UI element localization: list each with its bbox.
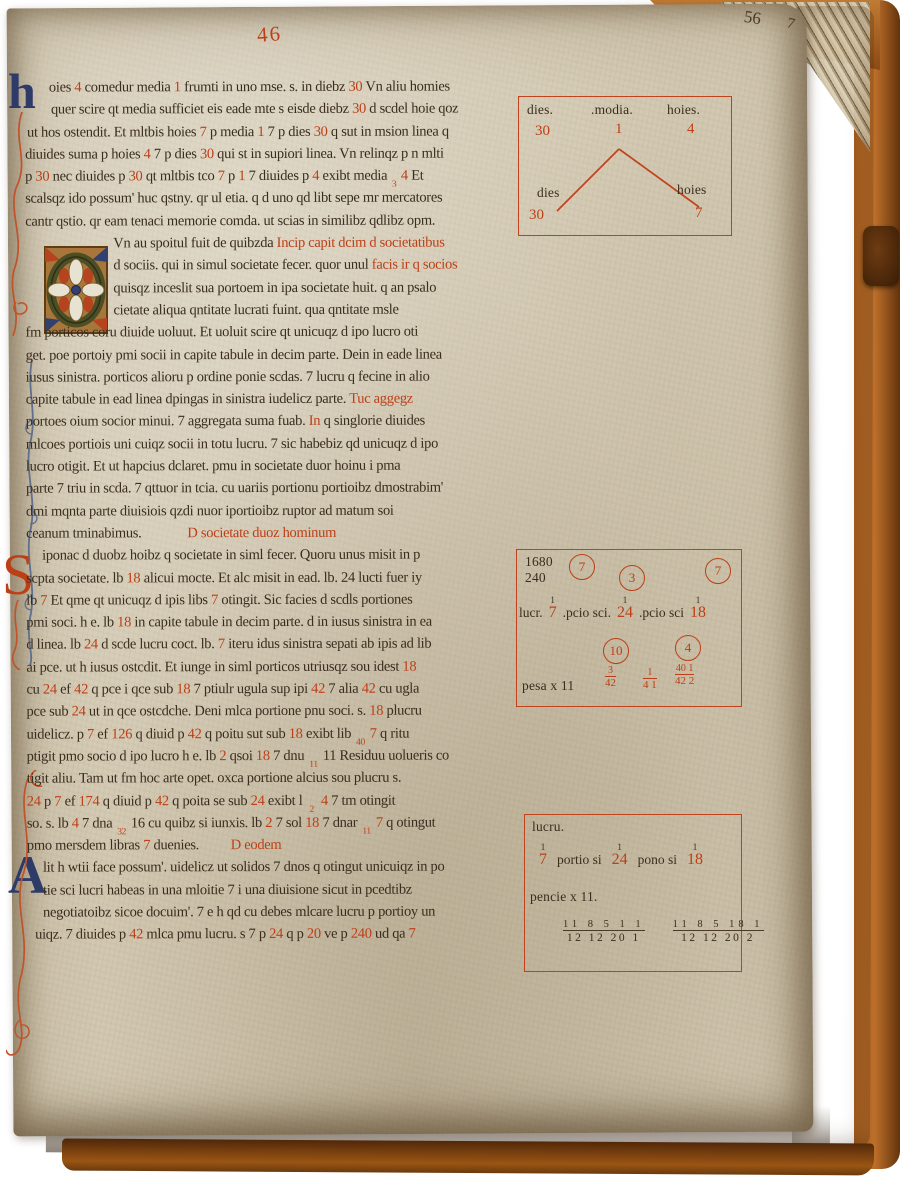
ink-text: in capite tabule in decim parte. d in iu… xyxy=(131,614,432,631)
red-ink-text: 24 xyxy=(269,926,283,942)
red-ink-text: 7 xyxy=(366,725,376,741)
sup-number: 118 xyxy=(687,843,703,868)
red-ink-text: 24 xyxy=(72,704,86,720)
ink-text: uiqz. 7 diuides p xyxy=(35,927,129,943)
text-line: capite tabule in ead linea dpingas in si… xyxy=(26,388,520,412)
manuscript-photo: 46 56 7 h S A oies 4 comedur media 1 fru… xyxy=(0,0,900,1177)
ink-text: 7 p dies xyxy=(151,146,200,162)
ink-text: d sociis. qui in simul societate fecer. … xyxy=(113,257,371,274)
ink-text: tie sci lucri habeas in una mloitie 7 i … xyxy=(43,881,412,898)
ink-text: ef xyxy=(61,793,78,809)
ink-text: p media xyxy=(207,124,258,140)
ink-text: lit h wtii face possum'. uidelicz ut sol… xyxy=(43,859,445,876)
red-ink-text: In xyxy=(309,413,321,429)
text-line: iponac d duobz hoibz q societate in siml… xyxy=(26,544,520,568)
ink-text: lucro otigit. Et ut hapcius dclaret. pmu… xyxy=(26,458,400,475)
fraction-3-42: 342 xyxy=(605,666,616,689)
red-ink-text: 30 xyxy=(35,169,49,185)
fraction-1-4: 14 1 xyxy=(643,668,657,691)
text-line: tigit aliu. Tam ut fm hoc arte opet. oxc… xyxy=(27,767,521,791)
ink-text: tigit aliu. Tam ut fm hoc arte opet. oxc… xyxy=(27,770,402,787)
text-line: 24 p 7 ef 174 q diuid p 42 q poita se su… xyxy=(27,789,521,813)
red-ink-text: Incip capit dcim d societatibus xyxy=(277,235,445,251)
ink-text: Et xyxy=(408,168,424,184)
ink-text: p xyxy=(41,793,55,809)
red-ink-text: 18 xyxy=(402,658,416,674)
text-line: ut hos ostendit. Et mltbis hoies 7 p med… xyxy=(25,120,519,144)
ink-text: Et qme qt unicuqz d ipis libs xyxy=(47,592,211,608)
text-line: portoes oium socior minui. 7 aggregata s… xyxy=(26,410,520,434)
ink-text: q diuid p xyxy=(132,726,188,742)
red-ink-text: 30 xyxy=(348,79,362,95)
red-ink-text: 42 xyxy=(155,793,169,809)
fraction: 1142 xyxy=(362,828,372,835)
ink-text: qsoi xyxy=(226,748,256,764)
corner-folio-number: 56 xyxy=(743,7,763,29)
ink-text: ef xyxy=(57,682,74,698)
ink-text: cu ugla xyxy=(376,681,420,697)
ink-text: mlcoes portiois uni cuiqz socii in totu … xyxy=(26,435,438,452)
manuscript-text-block: oies 4 comedur media 1 frumti in uno mse… xyxy=(25,75,521,946)
ink-text: alicui mocte. Et alc misit in ead. lb. 2… xyxy=(140,569,422,586)
ink-text: ve p xyxy=(321,926,351,942)
text-line: mlcoes portiois uni cuiqz socii in totu … xyxy=(26,432,520,456)
red-ink-text: 30 xyxy=(200,146,214,162)
red-ink-text: 240 xyxy=(351,926,372,942)
ink-text: ud qa xyxy=(372,926,409,942)
red-ink-text: 30 xyxy=(129,169,143,185)
leather-cover-bottom xyxy=(62,1139,874,1176)
composite-fraction: 11 8 5 1 112 12 20 1 xyxy=(563,919,645,944)
sup-number: 17 xyxy=(539,843,547,868)
ink-text: 7 dna xyxy=(79,815,116,831)
text-line: oies 4 comedur media 1 frumti in uno mse… xyxy=(25,75,519,99)
text-line: pmo mersdem libras 7 duenies. D eodem xyxy=(27,833,521,857)
ink-text: pmi soci. h e. lb xyxy=(26,615,117,631)
ink-text: 7 p dies xyxy=(264,123,313,139)
text-line: lb 7 Et qme qt unicuqz d ipis libs 7 oti… xyxy=(26,588,520,612)
ink-text: q pce i qce sub xyxy=(88,681,176,697)
text-line: ceanum tminabimus. D societate duoz homi… xyxy=(26,521,520,545)
ink-text: 11 Residuu uolueris co xyxy=(319,747,449,763)
circled-3-middle: 3 xyxy=(619,565,645,591)
text-line: scpta societate. lb 18 alicui mocte. Et … xyxy=(26,566,520,590)
red-ink-text: 18 xyxy=(176,681,190,697)
red-ink-text: 20 xyxy=(307,926,321,942)
red-ink-text: 4 xyxy=(398,168,408,184)
diagram-label-dies-bottom: dies xyxy=(537,185,560,201)
ink-text: capite tabule in ead linea dpingas in si… xyxy=(26,391,350,408)
red-ink-text: D eodem xyxy=(231,837,282,853)
red-ink-text: 18 xyxy=(256,748,270,764)
red-ink-text: 24 xyxy=(84,637,98,653)
red-ink-text: 4 xyxy=(144,146,151,162)
red-ink-text: 42 xyxy=(74,682,88,698)
text-line: quisqz inceslit sua portoem in ipa socie… xyxy=(25,276,519,300)
text-line: uidelicz. p 7 ef 126 q diuid p 42 q poit… xyxy=(27,722,521,746)
ink-text: 7 alia xyxy=(325,681,362,697)
ink-text: cietate aliqua qntitate lucrati fuint. q… xyxy=(113,302,398,319)
ink-text: d linea. lb xyxy=(26,637,84,653)
text-line: parte 7 triu in scda. 7 qttuor in tcia. … xyxy=(26,477,520,501)
text-line: dmi mqnta parte diuisiois qzdi nuor ipor… xyxy=(26,499,520,523)
red-ink-text: 18 xyxy=(289,726,303,742)
red-ink-text: D societate duoz hominum xyxy=(187,525,336,541)
red-ink-text: 4 xyxy=(72,815,79,831)
text-line: uiqz. 7 diuides p 42 mlca pmu lucru. s 7… xyxy=(27,923,521,947)
circled-7-right: 7 xyxy=(705,558,731,584)
red-ink-text: 7 xyxy=(200,124,207,140)
red-ink-text: 42 xyxy=(362,681,376,697)
binding-clasp xyxy=(863,226,899,286)
ink-text: plucru xyxy=(383,703,422,719)
ink-text: 7 diuides p xyxy=(245,168,312,184)
diagram-society-computation: 1680 240 7 3 7 lucr.17.pcio sci.124.pcio… xyxy=(516,549,742,707)
ink-text: d scde lucru coct. lb. xyxy=(98,637,218,653)
text-line: lucro otigit. Et ut hapcius dclaret. pmu… xyxy=(26,454,520,478)
ink-text: portio si xyxy=(557,852,602,868)
text-line: cantr qstio. qr eam tenaci memorie comda… xyxy=(25,209,519,233)
red-ink-text: 42 xyxy=(188,726,202,742)
text-line: fm porticos coru diuide uoluut. Et uolui… xyxy=(26,321,520,345)
text-line: diuides suma p hoies 4 7 p dies 30 qui s… xyxy=(25,142,519,166)
ink-text: comedur media xyxy=(81,79,174,95)
text-line: ai pce. ut h iusus ostcdit. Et iunge in … xyxy=(26,655,520,679)
lucru-title: lucru. xyxy=(532,819,564,835)
ink-text: cantr qstio. qr eam tenaci memorie comda… xyxy=(25,212,435,229)
ink-text: quer scire qt media sufficiet eis eade m… xyxy=(51,101,352,118)
text-line: so. s. lb 4 7 dna 3242 16 cu quibz si iu… xyxy=(27,811,521,835)
ink-text: exibt l xyxy=(265,792,306,808)
ink-text: Vn au spoitul fuit de quibzda xyxy=(113,235,276,251)
text-line: scalsqz ido possum' huc qstny. qr ul eti… xyxy=(25,187,519,211)
ink-text: get. poe portoiy pmi socii in capite tab… xyxy=(26,346,442,363)
red-ink-text: 7 xyxy=(40,592,47,608)
sup-number: 124 xyxy=(612,843,628,868)
red-ink-text: 24 xyxy=(251,793,265,809)
text-line: negotiatoibz sicoe docuim'. 7 e h qd cu … xyxy=(27,900,521,924)
ink-text: otingit. Sic facies d scdls portiones xyxy=(218,591,412,608)
ink-text: 7 dnu xyxy=(270,748,308,764)
red-ink-text: 7 xyxy=(372,815,382,831)
ink-text: uidelicz. p xyxy=(27,726,87,742)
ink-text: nec diuides p xyxy=(49,169,128,185)
ink-text: 7 sol xyxy=(272,815,305,831)
text-line: pmi soci. h e. lb 18 in capite tabule in… xyxy=(26,610,520,634)
value-1680: 1680 xyxy=(525,554,553,570)
text-line: get. poe portoiy pmi socii in capite tab… xyxy=(26,343,520,367)
ink-text: diuides suma p hoies xyxy=(25,146,144,162)
pencie-label: pencie x 11. xyxy=(530,889,598,905)
text-line: d linea. lb 24 d scde lucru coct. lb. 7 … xyxy=(26,633,520,657)
red-ink-text: 2 xyxy=(219,748,226,764)
diagram-value-7-bottom: 7 xyxy=(695,205,703,222)
red-ink-text: 7 xyxy=(409,926,416,942)
text-line: cietate aliqua qntitate lucrati fuint. q… xyxy=(25,298,519,322)
ink-text: ai pce. ut h iusus ostcdit. Et iunge in … xyxy=(26,658,402,675)
red-ink-text: 7 xyxy=(211,592,218,608)
ink-text: 7 tm otingit xyxy=(328,792,395,808)
red-ink-text: 1 xyxy=(174,79,181,95)
ink-text: q diuid p xyxy=(99,793,155,809)
text-line: lit h wtii face possum'. uidelicz ut sol… xyxy=(27,856,521,880)
ink-text: q singlorie diuides xyxy=(320,413,425,429)
text-line: quer scire qt media sufficiet eis eade m… xyxy=(25,98,519,122)
ink-text: dmi mqnta parte diuisiois qzdi nuor ipor… xyxy=(26,502,394,519)
ink-text: exibt media xyxy=(319,168,390,184)
ink-text: fm porticos coru diuide uoluut. Et uolui… xyxy=(26,324,419,341)
ink-text: ut in qce ostcdche. Deni mlca portione p… xyxy=(86,703,370,720)
ink-text: q ritu xyxy=(377,725,410,741)
ink-text: portoes oium socior minui. 7 aggregata s… xyxy=(26,413,309,430)
ink-text: cu xyxy=(26,682,42,698)
ink-text: lucr. xyxy=(519,605,543,621)
circled-7-left: 7 xyxy=(569,554,595,580)
ink-text: q otingut xyxy=(383,814,436,830)
ink-text: q poitu sut sub xyxy=(202,726,289,742)
red-ink-text: 18 xyxy=(126,570,140,586)
sup-number: 118 xyxy=(690,596,706,621)
red-ink-text: 18 xyxy=(305,815,319,831)
red-ink-text: 174 xyxy=(79,793,100,809)
circled-4: 4 xyxy=(675,635,701,661)
red-ink-text: facis ir q socios xyxy=(372,257,458,273)
ink-text: scalsqz ido possum' huc qstny. qr ul eti… xyxy=(25,190,442,207)
composite-fraction: 11 8 5 18 112 12 20 2 xyxy=(673,919,764,944)
ink-text: parte 7 triu in scda. 7 qttuor in tcia. … xyxy=(26,480,443,497)
profit-portion-row: lucr.17.pcio sci.124.pcio sci118 xyxy=(519,596,706,621)
ink-text: iteru idus sinistra sepati ab ipis ad li… xyxy=(225,636,432,653)
ink-text: q sut in msion linea q xyxy=(328,123,449,139)
ink-text: frumti in uno mse. s. in diebz xyxy=(181,79,349,95)
ink-text: pono si xyxy=(638,852,677,868)
ink-text: so. s. lb xyxy=(27,815,72,831)
text-line: pce sub 24 ut in qce ostcdche. Deni mlca… xyxy=(26,700,520,724)
ink-text: q poita se sub xyxy=(169,793,251,809)
red-ink-text: 126 xyxy=(111,726,132,742)
ink-text: ceanum tminabimus. xyxy=(26,525,187,541)
red-ink-text: 4 xyxy=(318,792,328,808)
ink-text: qui st in supiori linea. Vn relinqz p n … xyxy=(214,145,444,162)
ink-text: Vn aliu homies xyxy=(362,79,450,95)
ink-text: mlca pmu lucru. s 7 p xyxy=(143,926,269,942)
diagram-lucrum-fractions: lucru. 17portio si124pono si118 pencie x… xyxy=(524,814,742,972)
text-line: tie sci lucri habeas in una mloitie 7 i … xyxy=(27,878,521,902)
text-line: ptigit pmo socio d ipo lucro h e. lb 2 q… xyxy=(27,744,521,768)
ink-text: duenies. xyxy=(150,837,231,853)
ink-text: pce sub xyxy=(27,704,72,720)
fraction-40-42: 40 142 2 xyxy=(675,664,694,687)
red-ink-text: 18 xyxy=(369,703,383,719)
ink-text: exibt lib xyxy=(303,725,355,741)
sup-number: 17 xyxy=(549,596,557,621)
red-ink-text: 30 xyxy=(314,123,328,139)
red-ink-text: 7 xyxy=(218,168,225,184)
value-240: 240 xyxy=(525,570,546,586)
text-line: d sociis. qui in simul societate fecer. … xyxy=(25,254,519,278)
red-ink-text: 30 xyxy=(352,101,366,117)
ink-text: quisqz inceslit sua portoem in ipa socie… xyxy=(113,279,436,296)
text-line: p 30 nec diuides p 30 qt mltbis tco 7 p … xyxy=(25,165,519,189)
ink-text: .pcio sci xyxy=(639,605,684,621)
ink-text: iponac d duobz hoibz q societate in siml… xyxy=(42,547,420,564)
red-ink-text: Tuc aggegz xyxy=(349,391,413,407)
ink-text: qt mltbis tco xyxy=(142,168,217,184)
ink-text: 7 ptiulr ugula sup ipi xyxy=(190,681,311,697)
red-ink-text: 24 xyxy=(43,682,57,698)
ink-text: p xyxy=(25,169,35,185)
ink-text: iusus sinistra. porticos alioru p ordine… xyxy=(26,368,430,385)
ink-text: ef xyxy=(94,726,111,742)
ink-text: lb xyxy=(26,592,40,608)
ink-text: d scdel hoie qoz xyxy=(366,101,458,117)
red-ink-text: 18 xyxy=(117,614,131,630)
text-line: cu 24 ef 42 q pce i qce sub 18 7 ptiulr … xyxy=(26,677,520,701)
circled-10: 10 xyxy=(603,638,629,664)
folio-number-red: 46 xyxy=(256,21,283,48)
diagram-label-hoies-bottom: hoies xyxy=(677,182,707,198)
pesa-label: pesa x 11 xyxy=(522,678,574,694)
ink-text: ut hos ostendit. Et mltbis hoies xyxy=(27,124,200,140)
ink-text: pmo mersdem libras xyxy=(27,837,143,853)
red-ink-text: 7 xyxy=(218,637,225,653)
red-ink-text: 24 xyxy=(27,793,41,809)
ink-text: oies xyxy=(49,80,75,96)
ink-text: 16 cu quibz si iunxis. lb xyxy=(128,815,266,831)
ink-text: scpta societate. lb xyxy=(26,570,126,586)
text-line: Vn au spoitul fuit de quibzda Incip capi… xyxy=(25,231,519,255)
portion-row: 17portio si124pono si118 xyxy=(539,843,703,868)
ink-text: ptigit pmo socio d ipo lucro h e. lb xyxy=(27,748,220,765)
ink-text: .pcio sci. xyxy=(563,605,611,621)
diagram-value-30-bottom: 30 xyxy=(529,207,544,224)
sup-number: 124 xyxy=(617,596,633,621)
composite-fraction-groups: 11 8 5 1 112 12 20 111 8 5 18 112 12 20 … xyxy=(563,919,764,944)
ink-text: p xyxy=(225,168,239,184)
diagram-days-measures-men: dies. .modia. hoies. 30 1 4 dies 30 hoie… xyxy=(518,96,732,236)
ink-text: 7 dnar xyxy=(319,815,361,831)
text-line: iusus sinistra. porticos alioru p ordine… xyxy=(26,365,520,389)
ink-text: q p xyxy=(283,926,307,942)
ink-text: negotiatoibz sicoe docuim'. 7 e h qd cu … xyxy=(43,904,435,921)
red-ink-text: 42 xyxy=(129,927,143,943)
red-ink-text: 42 xyxy=(311,681,325,697)
